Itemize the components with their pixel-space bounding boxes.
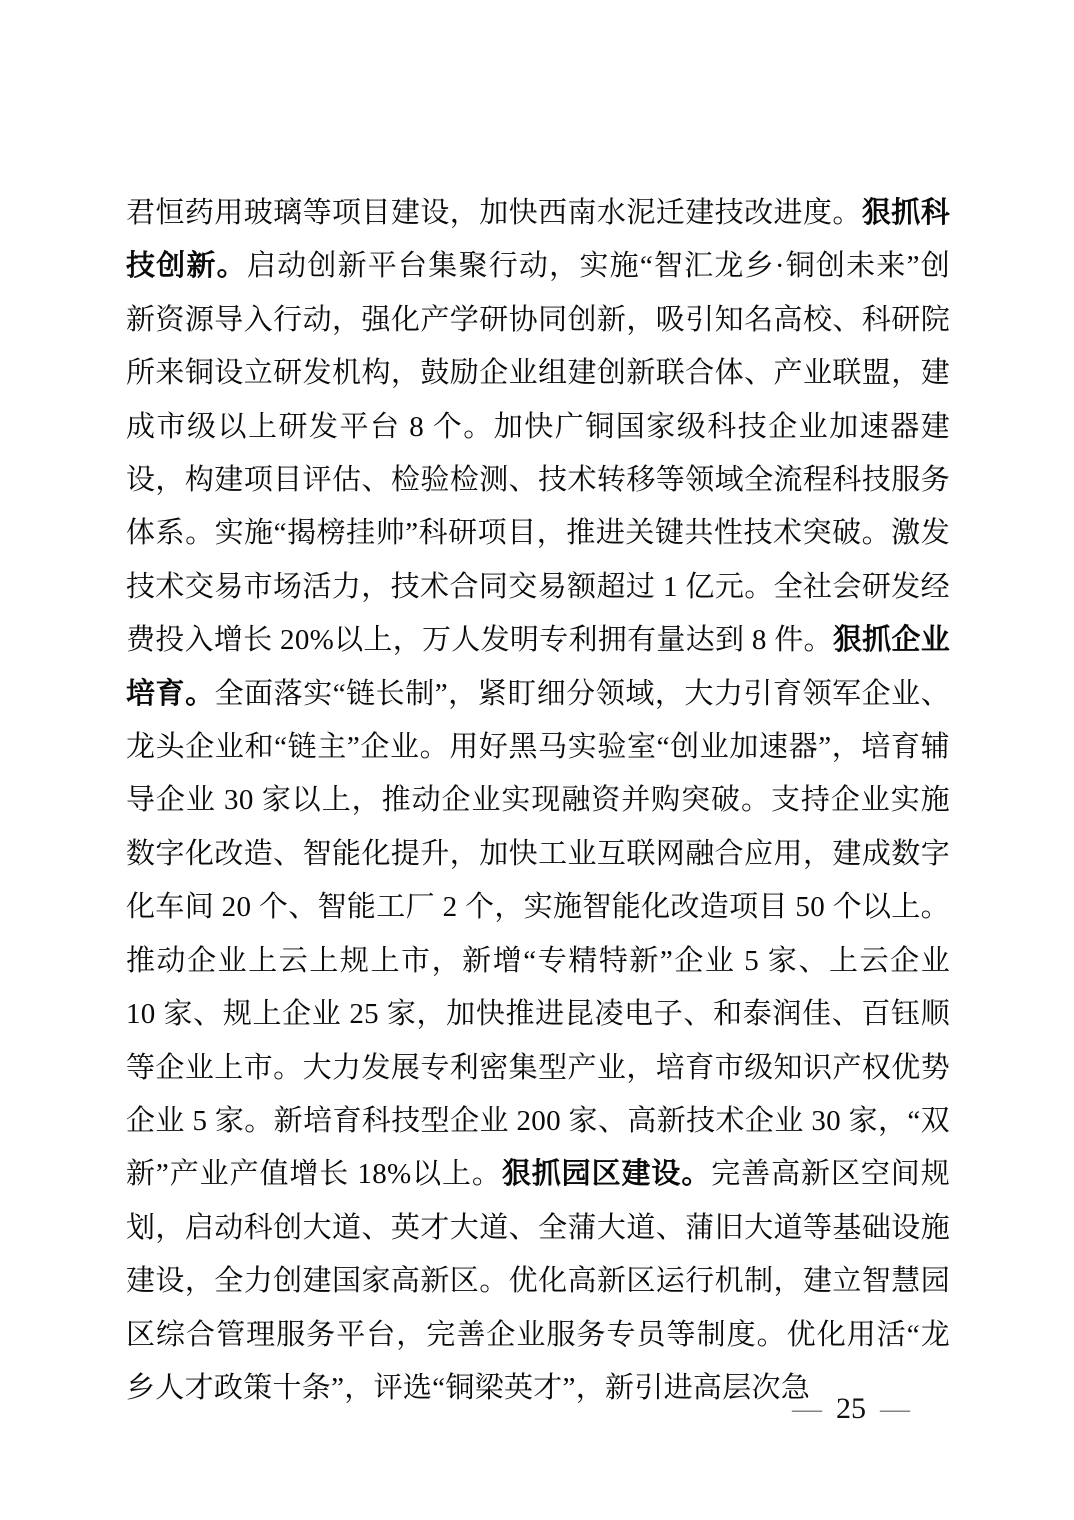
text-run-3: 全面落实“链长制”，紧盯细分领域，大力引育领军企业、龙头企业和“链主”企业。用好… bbox=[126, 678, 950, 1191]
document-page: 君恒药用玻璃等项目建设，加快西南水泥迁建技改进度。狠抓科技创新。启动创新平台集聚… bbox=[0, 0, 1074, 1520]
footer-dash-left: — bbox=[792, 1392, 822, 1425]
footer-dash-right: — bbox=[880, 1392, 910, 1425]
body-text-block: 君恒药用玻璃等项目建设，加快西南水泥迁建技改进度。狠抓科技创新。启动创新平台集聚… bbox=[126, 187, 950, 1415]
text-run-4: 完善高新区空间规划，启动科创大道、英才大道、全蒲大道、蒲旧大道等基础设施建设，全… bbox=[126, 1158, 950, 1404]
page-number: 25 bbox=[836, 1392, 866, 1425]
page-footer: —25— bbox=[126, 1392, 950, 1426]
bold-run-keyword-park-construction: 狠抓园区建设。 bbox=[502, 1158, 711, 1190]
text-run-2: 启动创新平台集聚行动，实施“智汇龙乡·铜创未来”创新资源导入行动，强化产学研协同… bbox=[126, 250, 950, 656]
text-run-1: 君恒药用玻璃等项目建设，加快西南水泥迁建技改进度。 bbox=[126, 197, 862, 229]
body-text-paragraph: 君恒药用玻璃等项目建设，加快西南水泥迁建技改进度。狠抓科技创新。启动创新平台集聚… bbox=[126, 187, 950, 1415]
